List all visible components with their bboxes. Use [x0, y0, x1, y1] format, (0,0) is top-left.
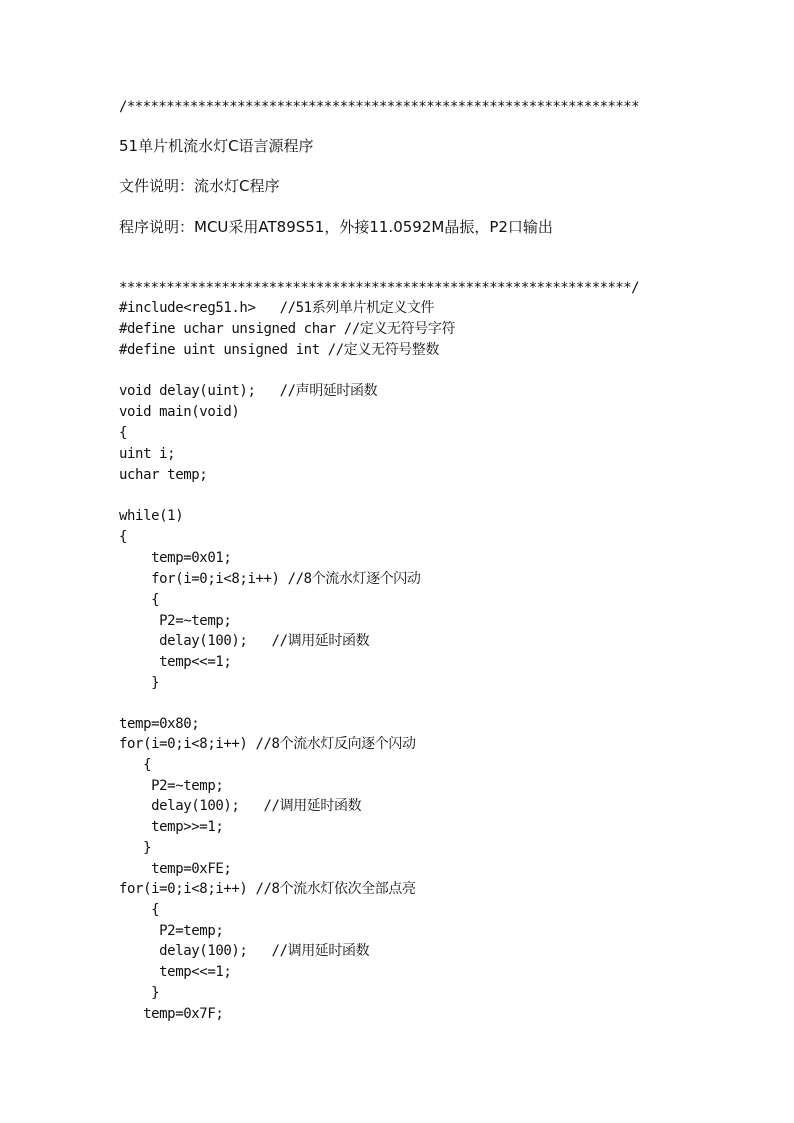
- code-line: }: [119, 839, 151, 857]
- code-line: for(i=0;i<8;i++) //8个流水灯依次全部点亮: [119, 880, 416, 898]
- code-line: {: [119, 591, 159, 609]
- code-line: #define uint unsigned int //定义无符号整数: [119, 341, 439, 359]
- code-line: {: [119, 424, 127, 442]
- document-page: /***************************************…: [0, 0, 794, 1123]
- code-line: P2=~temp;: [119, 777, 223, 795]
- code-line: {: [119, 901, 159, 919]
- file-description: 文件说明：流水灯C程序: [119, 177, 279, 195]
- code-line: delay(100); //调用延时函数: [119, 942, 369, 960]
- code-line: void main(void): [119, 403, 239, 421]
- code-line: #define uchar unsigned char //定义无符号字符: [119, 320, 455, 338]
- code-line: temp=0x80;: [119, 715, 199, 733]
- code-line: {: [119, 756, 151, 774]
- code-line: P2=~temp;: [119, 612, 231, 630]
- header-comment-close: ****************************************…: [119, 279, 639, 297]
- code-line: #include<reg51.h> //51系列单片机定义文件: [119, 299, 434, 317]
- code-line: }: [119, 984, 159, 1002]
- code-line: for(i=0;i<8;i++) //8个流水灯反向逐个闪动: [119, 735, 416, 753]
- code-line: {: [119, 528, 127, 546]
- code-line: uchar temp;: [119, 466, 207, 484]
- code-line: }: [119, 674, 159, 692]
- code-line: delay(100); //调用延时函数: [119, 797, 361, 815]
- code-line: temp>>=1;: [119, 818, 223, 836]
- code-line: uint i;: [119, 445, 175, 463]
- code-line: P2=temp;: [119, 922, 223, 940]
- code-line: while(1): [119, 507, 183, 525]
- code-line: temp=0x01;: [119, 549, 231, 567]
- code-line: for(i=0;i<8;i++) //8个流水灯逐个闪动: [119, 570, 421, 588]
- code-line: void delay(uint); //声明延时函数: [119, 382, 377, 400]
- code-line: temp<<=1;: [119, 963, 231, 981]
- code-line: temp=0xFE;: [119, 860, 231, 878]
- code-line: temp<<=1;: [119, 653, 231, 671]
- header-comment-open: /***************************************…: [119, 98, 639, 116]
- code-line: delay(100); //调用延时函数: [119, 632, 369, 650]
- code-line: temp=0x7F;: [119, 1005, 223, 1023]
- program-description: 程序说明：MCU采用AT89S51，外接11.0592M晶振，P2口输出: [119, 218, 553, 236]
- document-title: 51单片机流水灯C语言源程序: [119, 137, 314, 155]
